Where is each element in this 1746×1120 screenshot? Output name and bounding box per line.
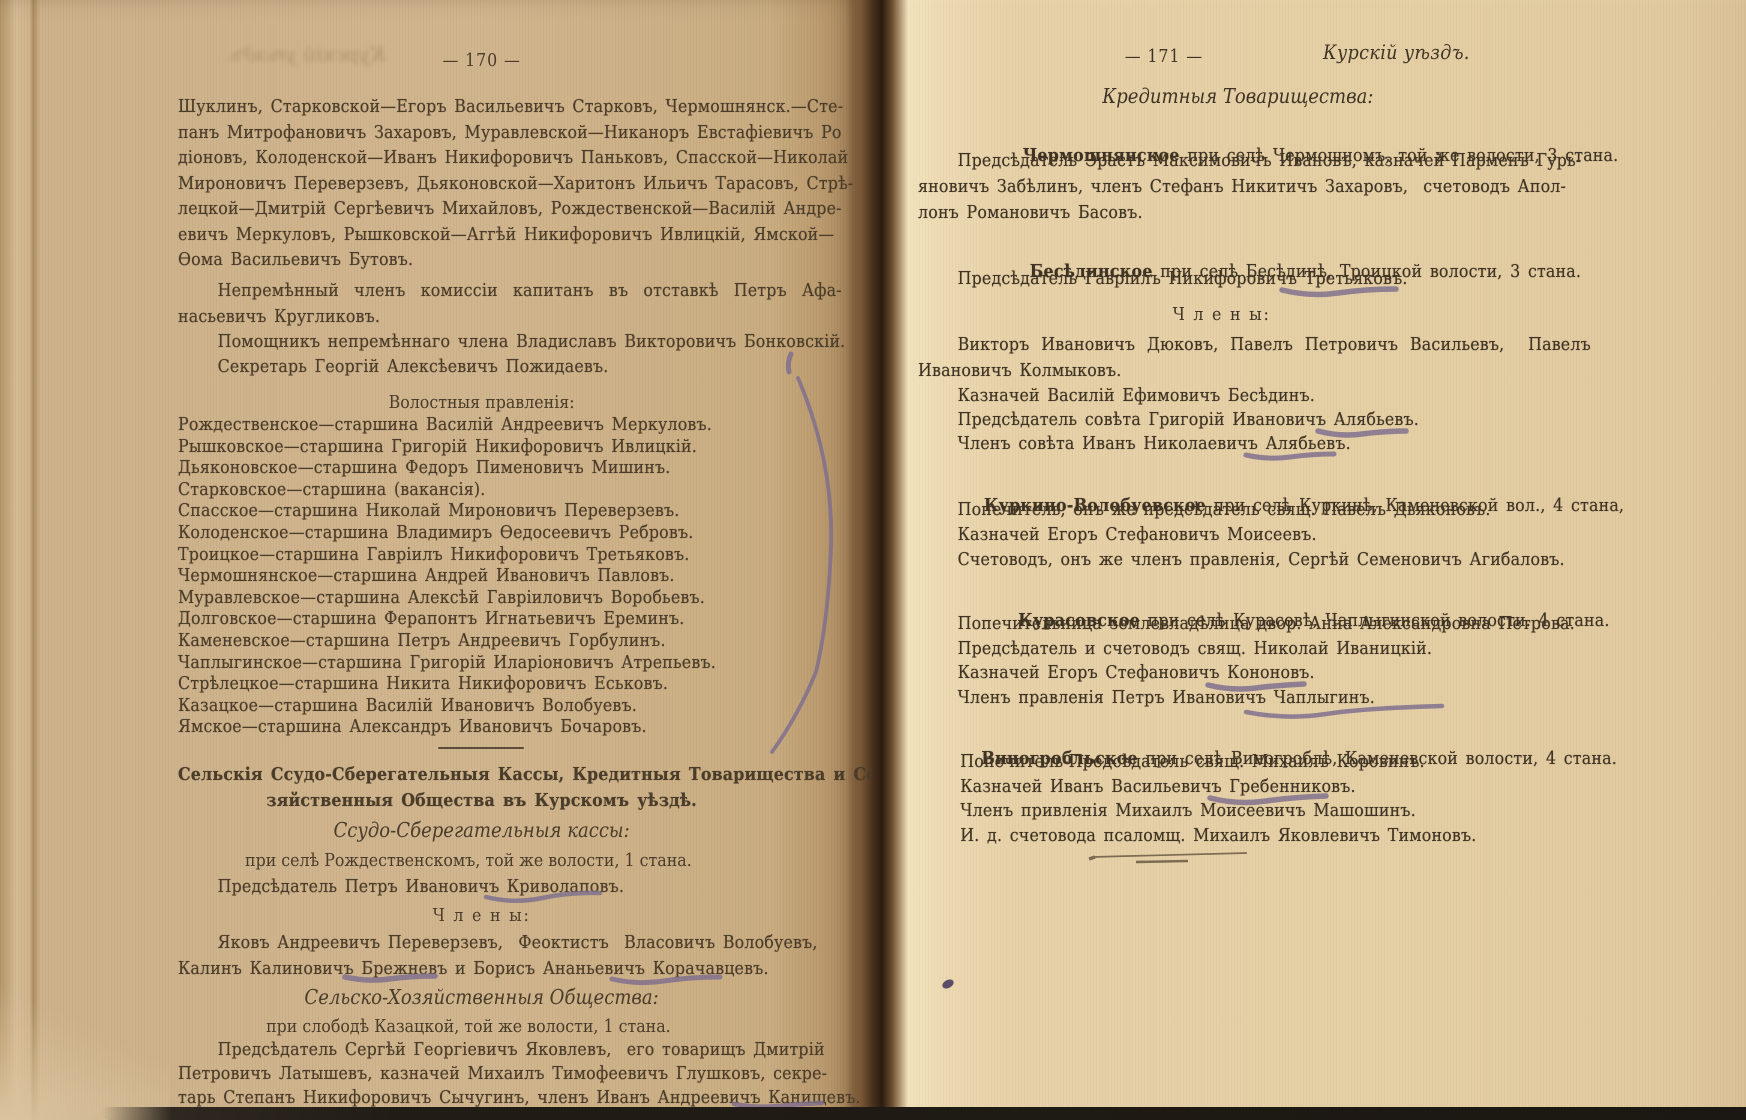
besedinskoe-council-member: Членъ совѣта Иванъ Николаевичъ Алябьевъ. [918,431,1351,457]
text-line: Секретарь Георгій Алексѣевичъ Пожидаевъ. [178,354,608,380]
text-line: И. д. счетовода псаломщ. Михаилъ Яковлев… [918,824,1476,849]
text-line: Шуклинъ, Старковской—Егоръ Васильевичъ С… [178,94,853,120]
list-item: Муравлевское—старшина Алексѣй Гавріилови… [178,587,716,609]
secretary-line: Секретарь Георгій Алексѣевичъ Пожидаевъ. [178,354,608,380]
besedinskoe-council-chairman: Предсѣдатель совѣта Григорій Ивановичъ А… [918,407,1419,433]
text-line: лецкой—Дмитрій Сергѣевичъ Михайловъ, Рож… [178,196,853,222]
list-item: Троицкое—старшина Гавріилъ Никифоровичъ … [178,544,716,566]
text-line: Попечитель, онъ же предсѣдатель свящ. Па… [918,497,1565,522]
volost-heading: Волостныя правленія: [178,390,785,416]
text-line: панъ Митрофановичъ Захаровъ, Муравлевско… [178,120,853,146]
kurkino-board: Попечитель, онъ же предсѣдатель свящ. Па… [918,497,1565,572]
kurasovskoe-board: Попечительница землевладѣлица двор. Анна… [918,612,1575,710]
selsko-board-paragraph: Предсѣдатель Сергѣй Георгіевичъ Яковлевъ… [178,1038,861,1110]
text-line: Попечитель-Предсѣдатель свящ. Михаилъ Ко… [918,750,1476,775]
text-line: Петровичъ Латышевъ, казначей Михаилъ Тим… [178,1062,861,1086]
text-line: Казначей Иванъ Васильевичъ Гребенниковъ. [918,775,1476,800]
list-item: Чермошнянское—старшина Андрей Ивановичъ … [178,565,716,587]
assistant-line: Помощникъ непремѣннаго члена Владиславъ … [178,329,845,355]
members-heading-right: Ч л е н ы: [918,302,1525,328]
paragraph-land-commission: Шуклинъ, Старковской—Егоръ Васильевичъ С… [178,94,853,273]
text-line: Предсѣдатель совѣта Григорій Ивановичъ А… [918,407,1419,433]
ssudo-heading: Ссудо-Сберегательныя кассы: [178,818,785,844]
left-text-column: — 170 — Шуклинъ, Старковской—Егоръ Васил… [178,0,866,1120]
text-line: Попечительница землевладѣлица двор. Анна… [918,612,1575,637]
list-item: Старковское—старшина (вакансія). [178,479,716,501]
text-line: Викторъ Ивановичъ Дюковъ, Павелъ Петрови… [918,332,1591,358]
paragraph-permanent-member: Непремѣнный членъ комиссіи капитанъ въ о… [178,278,842,329]
text-line: Членъ совѣта Иванъ Николаевичъ Алябьевъ. [918,431,1351,457]
members-left: Яковъ Андреевичъ Переверзевъ, Феоктистъ … [178,930,818,981]
list-item: Спасское—старшина Николай Мироновичъ Пер… [178,500,716,522]
running-title: Курскій уѣздъ. [1323,40,1470,66]
right-text-column: — 171 — Курскій уѣздъ. Кредитныя Товарищ… [918,0,1558,1120]
text-line: яновичъ Забѣлинъ, членъ Стефанъ Никитичъ… [918,174,1581,200]
text-line: Ивановичъ Колмыковъ. [918,358,1591,384]
list-item: Чаплыгинское—старшина Григорій Иларіонов… [178,652,716,674]
credit-societies-heading: Кредитныя Товарищества: [918,84,1558,110]
left-page: Курскій уѣздъ. — 170 — Шуклинъ, Старковс… [0,0,872,1120]
text-line: Казначей Василій Ефимовичъ Бесѣдинъ. [918,383,1315,409]
text-line: насьевичъ Кругликовъ. [178,304,842,330]
text-line: Казначей Егоръ Стефановичъ Кононовъ. [918,661,1575,686]
page-number-left: — 170 — [178,48,785,74]
text-line: Калинъ Калиновичъ Брежневъ и Борисъ Анан… [178,956,818,982]
right-page: — 171 — Курскій уѣздъ. Кредитныя Товарищ… [874,0,1746,1120]
besedinskoe-members: Викторъ Ивановичъ Дюковъ, Павелъ Петрови… [918,332,1591,383]
members-heading-left: Ч л е н ы: [178,903,785,929]
ssudo-location: при селѣ Рождественскомъ, той же волости… [178,848,759,874]
chermoshnyanskoe-board: Предсѣдатель Эрастъ Максимовичъ Ивановъ,… [918,148,1581,226]
list-item: Долговское—старшина Ферапонтъ Игнатьевич… [178,608,716,630]
text-line: Предсѣдатель Петръ Ивановичъ Криволаповъ… [178,874,624,900]
text-line: Казначей Егоръ Стефановичъ Моисеевъ. [918,522,1565,547]
vinogroblskoe-board: Попечитель-Предсѣдатель свящ. Михаилъ Ко… [918,750,1476,848]
list-item: Казацкое—старшина Василій Ивановичъ Воло… [178,695,716,717]
text-line: Непремѣнный членъ комиссіи капитанъ въ о… [178,278,842,304]
text-line: евичъ Меркуловъ, Рышковской—Аггѣй Никифо… [178,222,853,248]
list-item: Стрѣлецкое—старшина Никита Никифоровичъ … [178,673,716,695]
besedinskoe-treasurer: Казначей Василій Ефимовичъ Бесѣдинъ. [918,383,1315,409]
text-line: Ѳома Васильевичъ Бутовъ. [178,247,853,273]
list-item: Рышковское—старшина Григорій Никифорович… [178,436,716,458]
text-line: Членъ правленія Петръ Ивановичъ Чаплыгин… [918,686,1575,711]
section-heading: Сельскія Ссудо-Сберегательныя Кассы, Кре… [178,762,866,814]
text-line: Предсѣдатель Эрастъ Максимовичъ Ивановъ,… [918,148,1581,174]
text-line: діоновъ, Колоденской—Иванъ Никифоровичъ … [178,145,853,171]
ssudo-chairman-line: Предсѣдатель Петръ Ивановичъ Криволаповъ… [178,874,624,900]
list-item: Дьяконовское—старшина Федоръ Пименовичъ … [178,457,716,479]
list-item: Каменевское—старшина Петръ Андреевичъ Го… [178,630,716,652]
list-item: Колоденское—старшина Владимиръ Ѳедосееви… [178,522,716,544]
page-number-right: — 171 — [1125,44,1203,70]
book-bottom-edge [102,1107,1746,1120]
text-line: Сельскія Ссудо-Сберегательныя Кассы, Кре… [178,762,866,788]
text-line: Предсѣдатель Гавріилъ Никифоровичъ Треть… [918,266,1408,292]
text-line: Яковъ Андреевичъ Переверзевъ, Феоктистъ … [178,930,818,956]
text-line: Предсѣдатель Сергѣй Георгіевичъ Яковлевъ… [178,1038,861,1062]
selsko-heading: Сельско-Хозяйственныя Общества: [178,985,785,1011]
selsko-location: при слободѣ Казацкой, той же волости, 1 … [178,1014,759,1040]
list-item: Рождественское—старшина Василій Андрееви… [178,414,716,436]
text-line: зяйственныя Общества въ Курскомъ уѣздѣ. [178,788,785,814]
text-line: Предсѣдатель и счетоводъ свящ. Николай И… [918,637,1575,662]
text-line: Членъ привленія Михаилъ Моисеевичъ Машош… [918,799,1476,824]
text-line: Помощникъ непремѣннаго члена Владиславъ … [178,329,845,355]
text-line: лонъ Романовичъ Басовъ. [918,200,1581,226]
volost-list: Рождественское—старшина Василій Андрееви… [178,414,716,738]
list-item: Ямское—старшина Александръ Ивановичъ Боч… [178,716,716,738]
text-line: Счетоводъ, онъ же членъ правленія, Сергѣ… [918,547,1565,572]
text-line: Мироновичъ Переверзевъ, Дьяконовской—Хар… [178,171,853,197]
besedinskoe-chairman: Предсѣдатель Гавріилъ Никифоровичъ Треть… [918,266,1408,292]
